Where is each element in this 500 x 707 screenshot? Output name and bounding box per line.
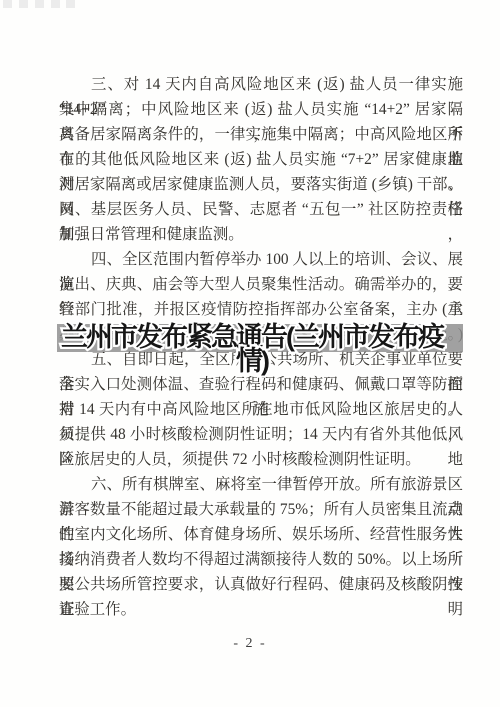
document-line: 市的其他低风险地区来 (返) 盐人员实施 “7+2” 居家健康监测。 [59,147,463,172]
document-line: 管部门批准，并报区疫情防控指挥部办公室备案，主办 (承办) [59,297,463,322]
page-title-line2: 情) [54,349,450,373]
document-line: 区旅居史的人员，须提供 72 小时核酸检测阴性证明。 [59,447,463,472]
document-line: 六、所有棋牌室、麻将室一律暂停开放。所有旅游景区景点 [59,472,463,497]
document-line: 演出、庆典、庙会等大型人员聚集性活动。确需举办的，要经主 [59,272,463,297]
scan-artifact [66,0,75,8]
document-line: 三、对 14 天内自高风险地区来 (返) 盐人员一律实施 “14+2” [59,72,463,97]
scanned-notice-page: 三、对 14 天内自高风险地区来 (返) 盐人员一律实施 “14+2”集中隔离；… [0,0,500,707]
scan-artifact [3,0,12,8]
document-line: 的室内文化场所、体育健身场所、娱乐场所、经营性服务性场所 [59,522,463,547]
document-line: 游客数量不能超过最大承载量的 75%；所有人员密集且流动性大 [59,497,463,522]
document-line: 集中隔离；中风险地区来 (返) 盐人员实施 “14+2” 居家隔离，不 [59,97,463,122]
document-line: 对 14 天内有中高风险地区所在地市低风险地区旅居史的人员， [59,397,463,422]
document-line: 须提供 48 小时核酸检测阴性证明；14 天内有省外其他低风险地 [59,422,463,447]
scan-artifact [19,0,28,8]
scan-artifact [51,0,60,8]
page-number: - 2 - [0,636,500,652]
document-line: 接纳消费者人数均不得超过满额接待人数的 50%。以上场所要按 [59,547,463,572]
document-line: 员、基层医务人员、民警、志愿者 “五包一” 社区防控责任制， [59,197,463,222]
document-line: 具备居家隔离条件的，一律实施集中隔离；中高风险地区所在地 [59,122,463,147]
scan-artifact [35,0,44,8]
document-line: 对居家隔离或居家健康监测人员，要落实街道 (乡镇) 干部、网格 [59,172,463,197]
page-title-overlay: 兰州市发布紧急通告(兰州市发布疫 情) [54,325,450,373]
document-line: 照公共场所管控要求，认真做好行程码、健康码及核酸阴性证明 [59,572,463,597]
document-line: 四、全区范围内暂停举办 100 人以上的培训、会议、展览、 [59,247,463,272]
